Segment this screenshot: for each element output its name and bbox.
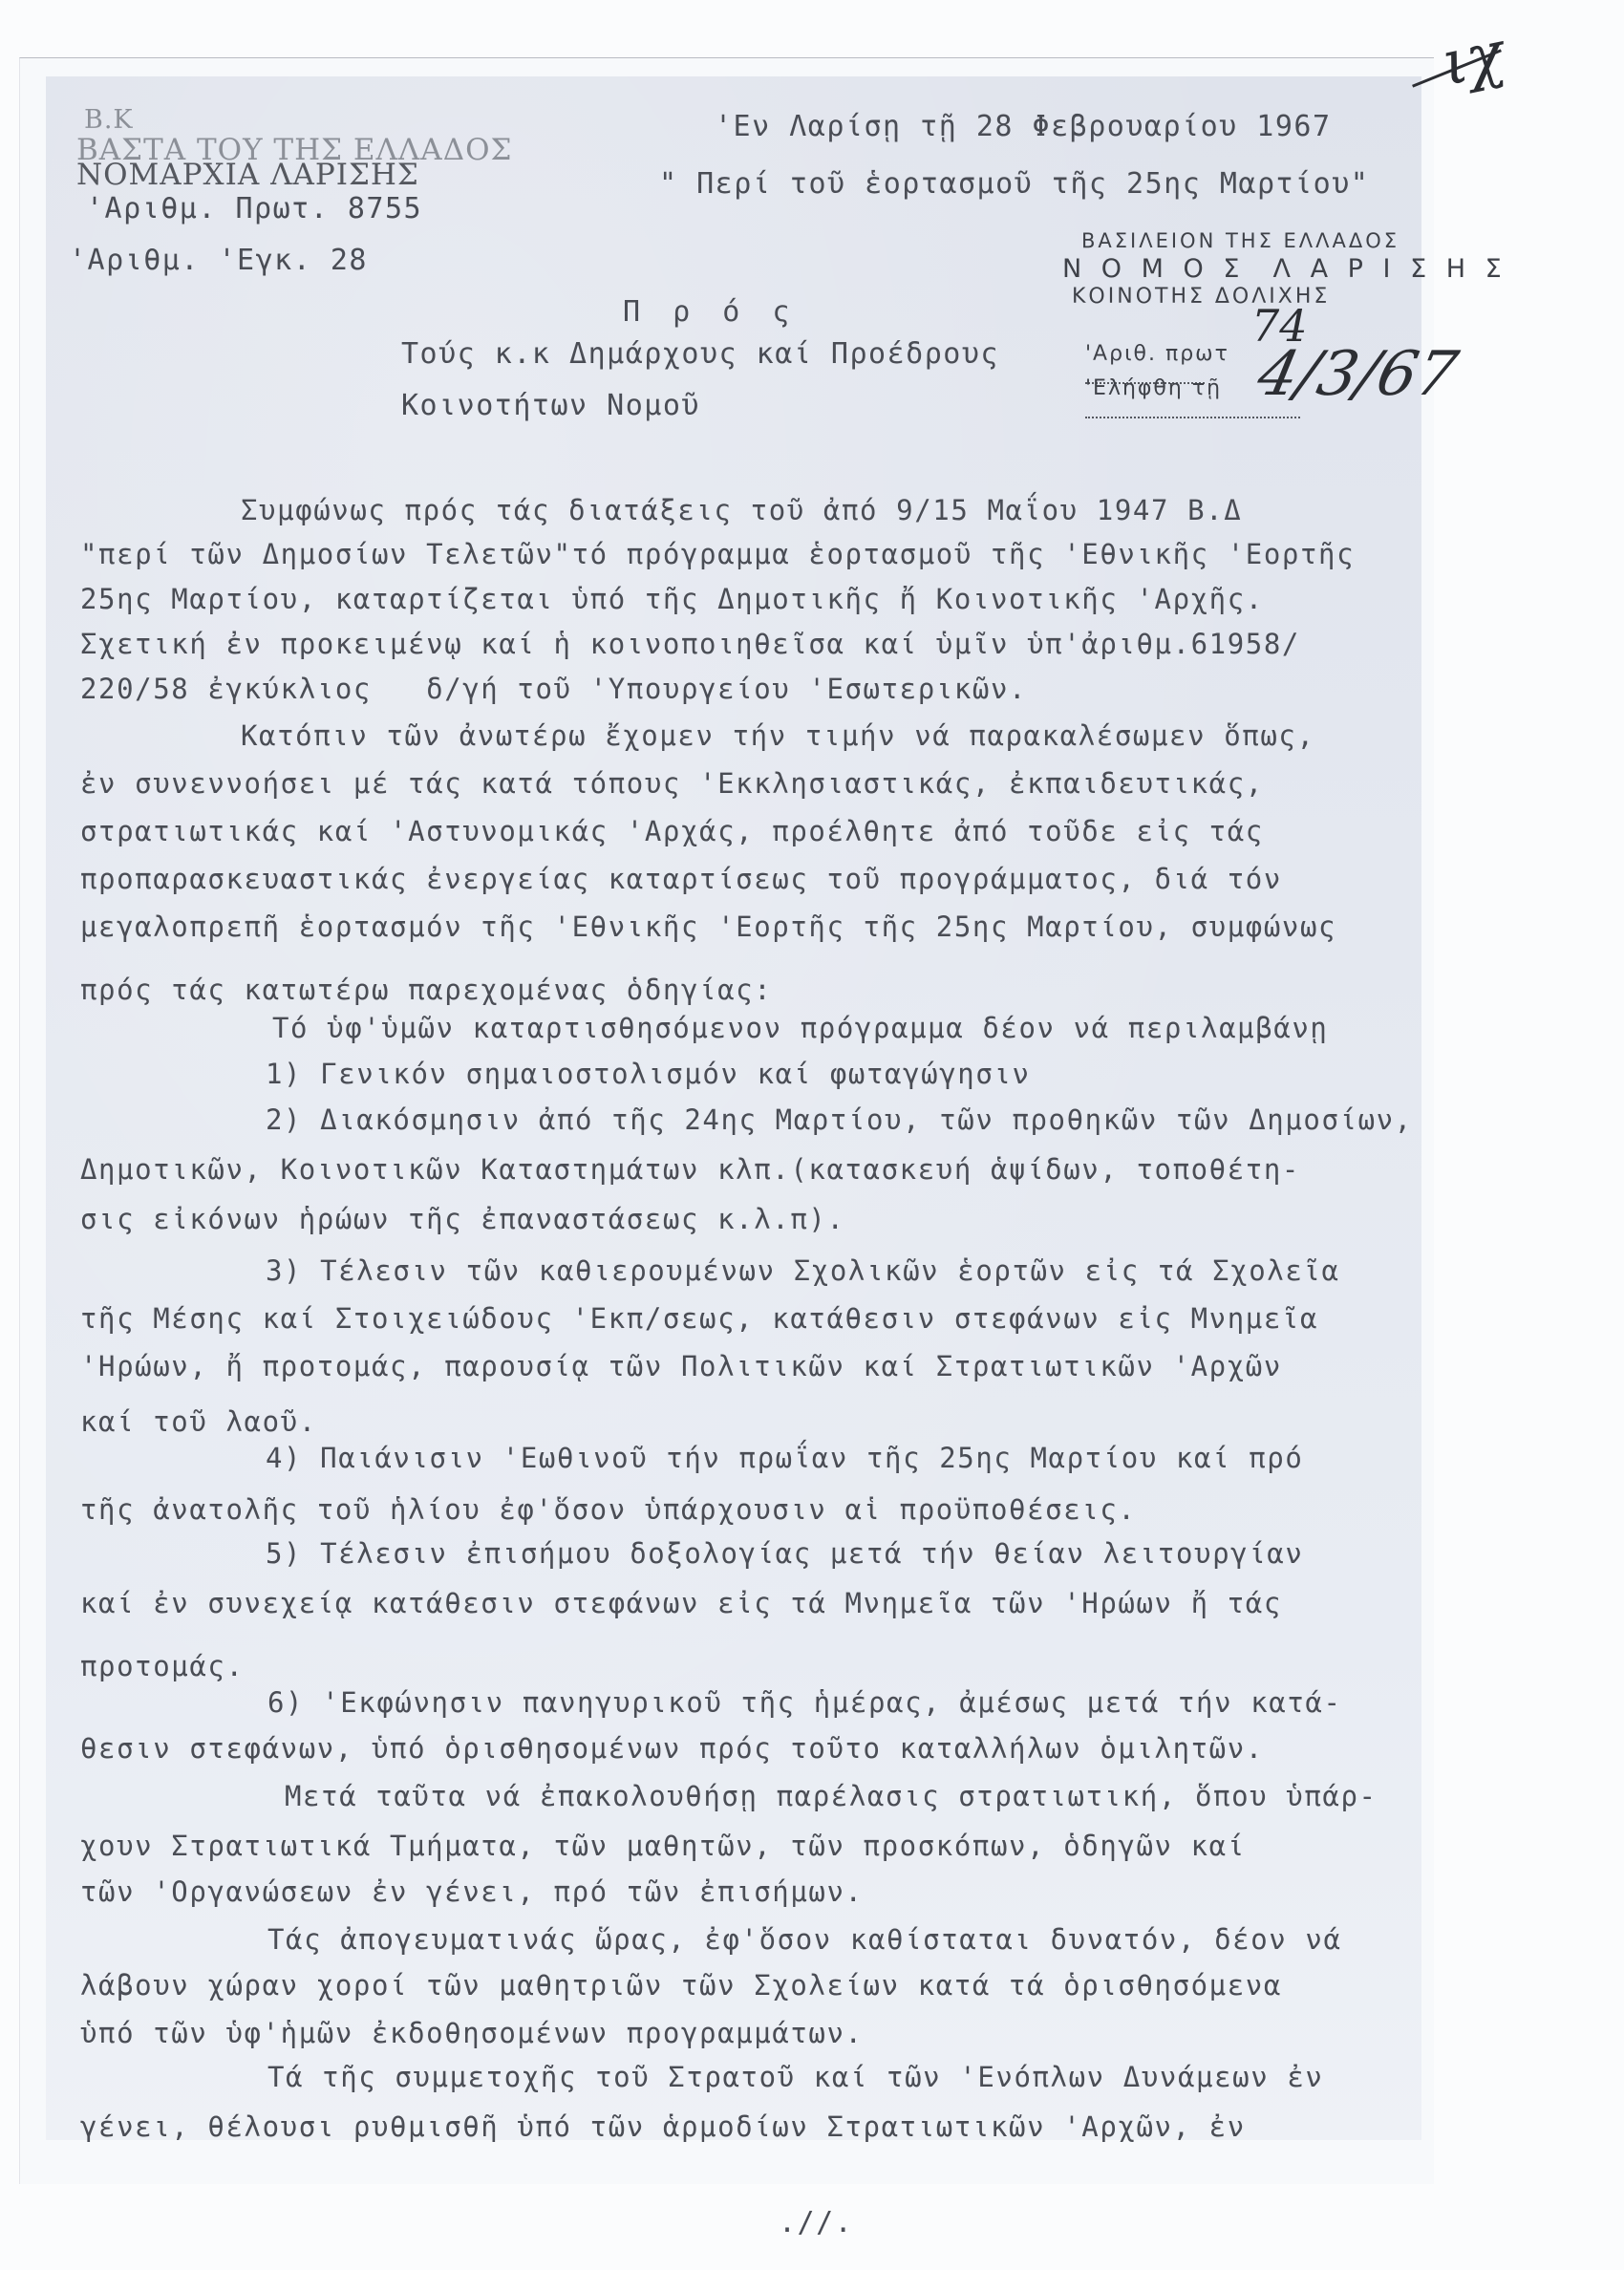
stamp-received-label: 'Ελήφθη τῇ <box>1085 376 1222 400</box>
body-line: τῆς ἀνατολῆς τοῦ ἡλίου ἐφ'ὅσον ὑπάρχουσι… <box>80 1496 1136 1524</box>
recipient-to: Π ρ ό ς <box>623 298 797 327</box>
circular-number: 'Αριθμ. 'Εγκ. 28 <box>69 246 368 275</box>
body-line: 25ης Μαρτίου, καταρτίζεται ὑπό τῆς Δημοτ… <box>80 586 1264 613</box>
body-line: θεσιν στεφάνων, ὑπό ὁρισθησομένων πρός τ… <box>80 1735 1264 1763</box>
body-line: λάβουν χώραν χοροί τῶν μαθητριῶν τῶν Σχο… <box>80 1972 1282 2000</box>
stamp-prefecture: Ν Ο Μ Ο Σ Λ Α Ρ Ι Σ Η Σ <box>1062 256 1507 282</box>
body-line: πρός τάς κατωτέρω παρεχομένας ὁδηγίας: <box>80 976 772 1004</box>
body-line: καί τοῦ λαοῦ. <box>80 1408 317 1436</box>
body-line: προπαρασκευαστικάς ἐνεργείας καταρτίσεως… <box>80 866 1282 893</box>
body-line: Κατόπιν τῶν ἀνωτέρω ἔχομεν τήν τιμήν νά … <box>241 722 1315 750</box>
body-line: Συμφώνως πρός τάς διατάξεις τοῦ ἀπό 9/15… <box>241 497 1242 525</box>
body-line: "περί τῶν Δημοσίων Τελετῶν"τό πρόγραμμα … <box>80 541 1355 568</box>
body-line: στρατιωτικάς καί 'Αστυνομικάς 'Αρχάς, πρ… <box>80 818 1264 846</box>
stamp-kingdom: ΒΑΣΙΛΕΙΟΝ ΤΗΣ ΕΛΛΑΔΟΣ <box>1081 231 1400 251</box>
list-item-6: 6) 'Εκφώνησιν πανηγυρικοῦ τῆς ἡμέρας, ἀμ… <box>267 1689 1342 1717</box>
body-line: 220/58 ἐγκύκλιος δ/γή τοῦ 'Υπουργείου 'Ε… <box>80 675 1027 703</box>
recipient-line2: Κοινοτήτων Νομοῦ <box>401 392 700 420</box>
list-item-4: 4) Παιάνισιν 'Εωθινοῦ τήν πρωΐαν τῆς 25η… <box>266 1445 1303 1472</box>
body-line: Τό ὑφ'ὑμῶν καταρτισθησόμενον πρόγραμμα δ… <box>272 1015 1328 1042</box>
list-item-5: 5) Τέλεσιν ἐπισήμου δοξολογίας μετά τήν … <box>266 1540 1303 1568</box>
stamp-received-value: 4/3/67 <box>1252 344 1463 405</box>
list-item-1: 1) Γενικόν σημαιοστολισμόν καί φωταγώγησ… <box>266 1060 1031 1088</box>
list-item-2: 2) Διακόσμησιν ἀπό τῆς 24ης Μαρτίου, τῶν… <box>266 1106 1413 1134</box>
place-date: 'Εν Λαρίσῃ τῇ 28 Φεβρουαρίου 1967 <box>715 113 1332 141</box>
protocol-number: 'Αριθμ. Πρωτ. 8755 <box>86 195 422 224</box>
body-line: καί ἐν συνεχείᾳ κατάθεσιν στεφάνων εἰς τ… <box>80 1590 1282 1617</box>
body-line: Δημοτικῶν, Κοινοτικῶν Καταστημάτων κλπ.(… <box>80 1156 1300 1184</box>
body-line: προτομάς. <box>80 1653 245 1681</box>
header-bk: Β.Κ <box>84 107 134 133</box>
body-line: τῆς Μέσης καί Στοιχειώδους 'Εκπ/σεως, κα… <box>80 1305 1318 1333</box>
continuation-mark: .//. <box>779 2209 853 2238</box>
body-line: Τάς ἀπογευματινάς ὥρας, ἐφ'ὅσον καθίστατ… <box>267 1926 1342 1954</box>
body-line: σις εἰκόνων ἡρώων τῆς ἐπαναστάσεως κ.λ.π… <box>80 1206 845 1233</box>
list-item-3: 3) Τέλεσιν τῶν καθιερουμένων Σχολικῶν ἑο… <box>266 1257 1340 1285</box>
body-line: ὑπό τῶν ὑφ'ἡμῶν ἐκδοθησομένων προγραμμάτ… <box>80 2020 864 2047</box>
body-line: 'Ηρώων, ἤ προτομάς, παρουσίᾳ τῶν Πολιτικ… <box>80 1353 1282 1381</box>
body-line: μεγαλοπρεπῆ ἑορτασμόν τῆς 'Εθνικῆς 'Εορτ… <box>80 913 1336 941</box>
body-line: ἐν συνεννοήσει μέ τάς κατά τόπους 'Εκκλη… <box>80 770 1264 798</box>
body-line: γένει, θέλουσι ρυθμισθῆ ὑπό τῶν ἁρμοδίων… <box>80 2113 1246 2141</box>
recipient-line1: Τούς κ.κ Δημάρχους καί Προέδρους <box>401 340 999 369</box>
body-line: τῶν 'Οργανώσεων ἐν γένει, πρό τῶν ἐπισήμ… <box>80 1878 864 1906</box>
header-prefecture: ΝΟΜΑΡΧΙΑ ΛΑΡΙΣΗΣ <box>76 161 419 190</box>
body-line: χουν Στρατιωτικά Τμήματα, τῶν μαθητῶν, τ… <box>80 1832 1246 1860</box>
body-line: Τά τῆς συμμετοχῆς τοῦ Στρατοῦ καί τῶν 'Ε… <box>267 2064 1323 2091</box>
subject-line: " Περί τοῦ ἑορτασμοῦ τῆς 25ης Μαρτίου" <box>659 170 1369 199</box>
body-line: Σχετική ἐν προκειμένῳ καί ἡ κοινοποιηθεῖ… <box>80 631 1300 658</box>
body-line: Μετά ταῦτα νά ἐπακολουθήσῃ παρέλασις στρ… <box>285 1783 1378 1810</box>
